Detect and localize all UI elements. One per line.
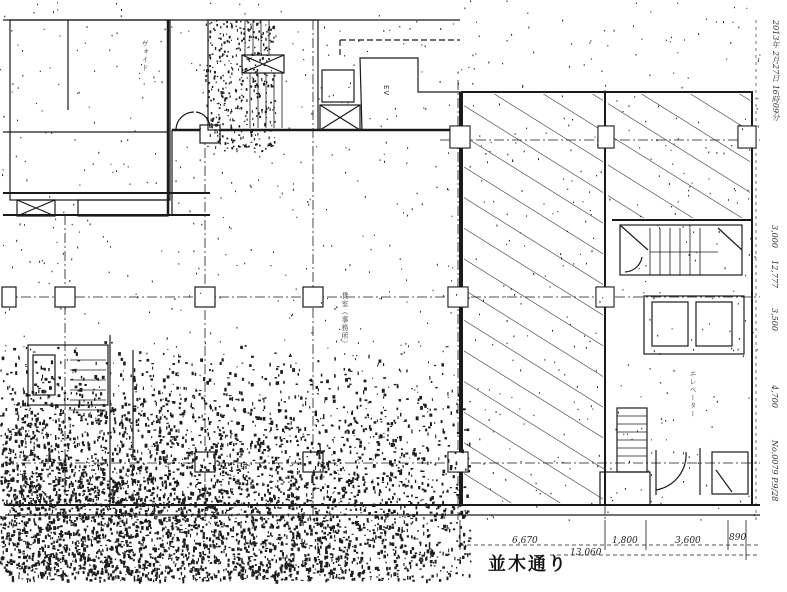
shop-mark: EV [382, 85, 390, 96]
floor-plan-drawing [0, 0, 787, 592]
dim-segment-3: 3,600 [675, 536, 701, 546]
fax-header: 2013年 2月27日 16時09分 [770, 20, 781, 121]
hatched-areas [448, 94, 756, 503]
dim-segment-1: 6,670 [512, 536, 538, 546]
scan-noise [0, 1, 760, 584]
dim-segment-4: 890 [729, 533, 746, 543]
dim-total: 13,060 [570, 548, 602, 558]
core-label: エレベーター [688, 370, 698, 418]
dim-right-3: 3,500 [770, 308, 779, 331]
dim-right-4: 4,700 [770, 385, 779, 408]
dim-right-1: 3,000 [770, 225, 779, 248]
dim-right-2: 12,777 [770, 260, 779, 288]
top-left-note: ヴォイド [140, 40, 150, 72]
dim-segment-2: 1,800 [612, 536, 638, 546]
main-hall-label: 貸室（事務所） [340, 292, 350, 348]
street-label: 並木通り [488, 550, 568, 576]
fax-footer: No.0079 P.9/28 [770, 440, 779, 501]
